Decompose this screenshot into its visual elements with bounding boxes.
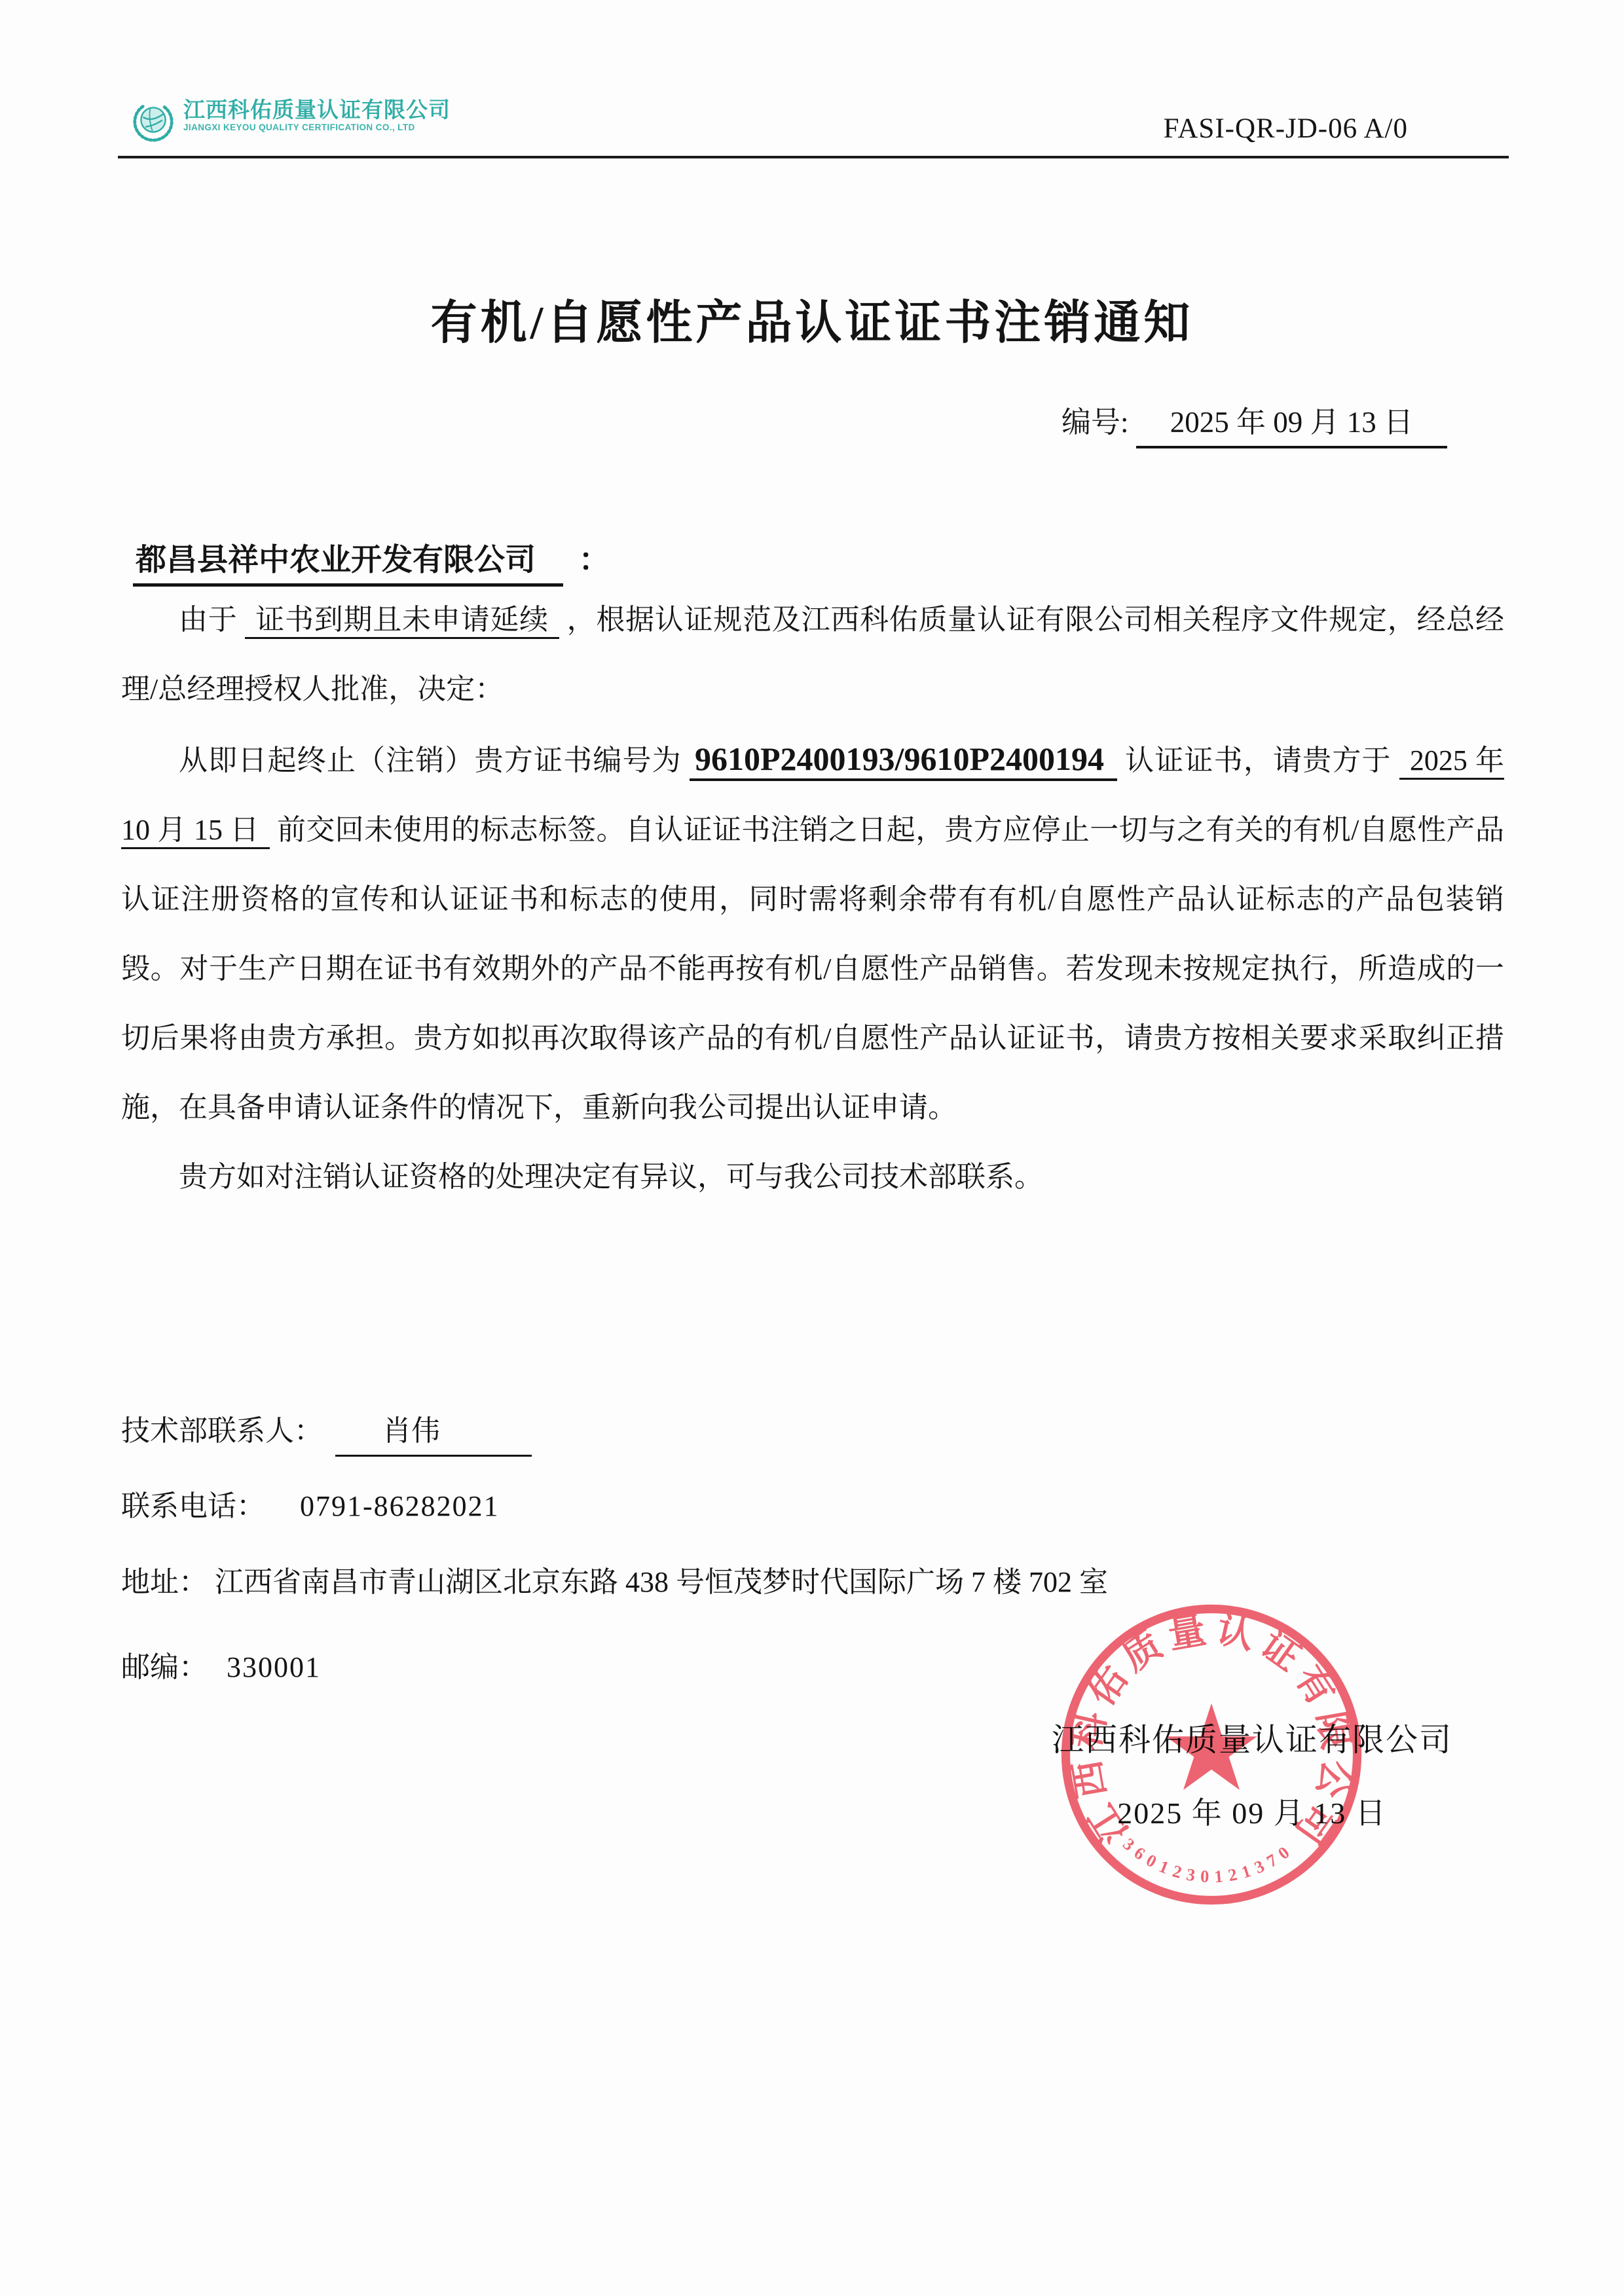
phone-number: 0791-86282021 bbox=[300, 1490, 500, 1522]
serial-line: 编号: 2025 年 09 月 13 日 bbox=[1061, 398, 1447, 448]
address-line: 地址： 江西省南昌市青山湖区北京东路 438 号恒茂梦时代国际广场 7 楼 70… bbox=[121, 1563, 1108, 1602]
certificate-numbers: 9610P2400193/9610P2400194 bbox=[690, 740, 1117, 781]
zip-value: 330001 bbox=[227, 1651, 321, 1683]
paragraph-objection: 贵方如对注销认证资格的处理决定有异议，可与我公司技术部联系。 bbox=[121, 1142, 1504, 1212]
serial-label: 编号: bbox=[1061, 406, 1129, 439]
paragraph-decision: 从即日起终止（注销）贵方证书编号为 9610P2400193/9610P2400… bbox=[121, 724, 1504, 1142]
logo-company-name-en: JIANGXI KEYOU QUALITY CERTIFICATION CO.,… bbox=[183, 122, 451, 134]
company-logo: 江西科佑质量认证有限公司 JIANGXI KEYOU QUALITY CERTI… bbox=[130, 98, 451, 145]
phone-label: 联系电话： bbox=[121, 1490, 265, 1522]
letter-body: 由于 证书到期且未申请延续 ，根据认证规范及江西科佑质量认证有限公司相关程序文件… bbox=[121, 585, 1504, 1212]
signature-company: 江西科佑质量认证有限公司 bbox=[1052, 1721, 1452, 1760]
contact-person-label: 技术部联系人： bbox=[121, 1415, 323, 1447]
header-divider bbox=[118, 156, 1509, 158]
globe-wreath-logo-icon bbox=[130, 98, 177, 145]
zip-line: 邮编： 330001 bbox=[121, 1648, 1108, 1687]
address-value: 江西省南昌市青山湖区北京东路 438 号恒茂梦时代国际广场 7 楼 702 室 bbox=[215, 1566, 1108, 1598]
serial-value: 2025 年 09 月 13 日 bbox=[1136, 398, 1447, 448]
p2-mid: 认证证书，请贵方于 bbox=[1125, 744, 1399, 776]
addressee-line: 都昌县祥中农业开发有限公司 ： bbox=[133, 536, 610, 587]
contact-block: 技术部联系人： 肖伟 联系电话： 0791-86282021 地址： 江西省南昌… bbox=[121, 1412, 1108, 1687]
addressee-colon: ： bbox=[579, 543, 610, 577]
signature-block: 江西科佑质量认证有限公司 2025 年 09 月 13 日 bbox=[1052, 1721, 1452, 1833]
document-page: 江西科佑质量认证有限公司 JIANGXI KEYOU QUALITY CERTI… bbox=[0, 0, 1624, 2296]
svg-text:3601230121370: 3601230121370 bbox=[1119, 1834, 1298, 1886]
p1-reason-underlined: 证书到期且未申请延续 bbox=[245, 604, 559, 639]
page-title: 有机/自愿性产品认证证书注销通知 bbox=[0, 285, 1624, 352]
address-label: 地址： bbox=[121, 1566, 208, 1598]
phone-line: 联系电话： 0791-86282021 bbox=[121, 1487, 1108, 1526]
signature-date: 2025 年 09 月 13 日 bbox=[1052, 1794, 1452, 1833]
logo-company-name-cn: 江西科佑质量认证有限公司 bbox=[183, 98, 451, 122]
addressee-company: 都昌县祥中农业开发有限公司 bbox=[133, 536, 563, 587]
seal-serial-number: 3601230121370 bbox=[1119, 1834, 1298, 1886]
contact-person-line: 技术部联系人： 肖伟 bbox=[121, 1412, 1108, 1451]
p2-rest: 前交回未使用的标志标签。自认证证书注销之日起，贵方应停止一切与之有关的有机/自愿… bbox=[121, 814, 1504, 1123]
zip-label: 邮编： bbox=[121, 1651, 208, 1683]
contact-person-name: 肖伟 bbox=[335, 1412, 532, 1457]
document-code: FASI-QR-JD-06 A/0 bbox=[1164, 113, 1408, 145]
paragraph-reason: 由于 证书到期且未申请延续 ，根据认证规范及江西科佑质量认证有限公司相关程序文件… bbox=[121, 585, 1504, 724]
p2-lead: 从即日起终止（注销）贵方证书编号为 bbox=[179, 744, 682, 776]
p1-lead: 由于 bbox=[179, 604, 245, 636]
